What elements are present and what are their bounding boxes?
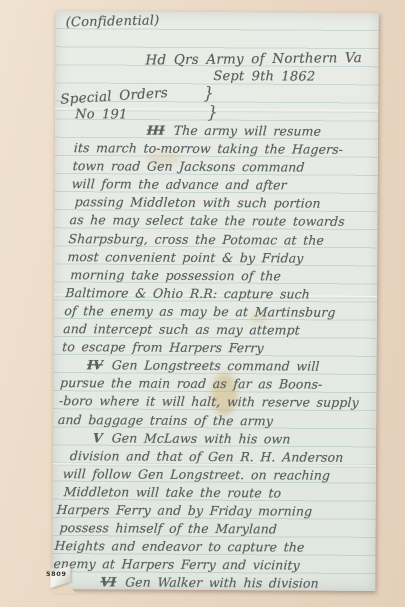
handwriting-line: will form the advance and after [71,175,384,195]
paragraph-numeral: IV [87,356,104,374]
handwriting-line: Sharpsburg, cross the Potomac at the [68,230,381,250]
line-text: of the enemy as may be at Martinsburg [64,303,336,320]
line-text: Sharpsburg, cross the Potomac at the [68,231,324,248]
handwriting-line: passing Middleton with such portion [74,194,383,214]
handwriting-line: VGen McLaws with his own [92,429,369,449]
line-text: Gen McLaws with his own [111,430,291,446]
handwriting-line: IIIThe army will resume [146,122,387,142]
special-orders-label: Special Orders [60,85,169,108]
handwritten-body: IIIThe army will resumeits march to-morr… [48,121,388,593]
line-text: Baltimore & Ohio R.R: capture such [65,285,310,301]
line-text: as he may select take the route towards [69,213,345,230]
line-text: Gen Walker with his division [125,575,319,591]
line-text: passing Middleton with such portion [74,195,321,211]
handwriting-line: Baltimore & Ohio R.R: capture such [65,284,378,304]
line-text: Middleton will take the route to [63,484,281,500]
photo-background: (Confidential) Hd Qrs Army of Northern V… [0,0,405,607]
line-text: -boro where it will halt, with reserve s… [59,393,360,410]
line-text: its march to-morrow taking the Hagers- [73,140,343,157]
handwriting-line: of the enemy as may be at Martinsburg [64,302,377,322]
line-text: Harpers Ferry and by Friday morning [56,502,312,519]
handwriting-line: Middleton will take the route to [63,483,366,503]
handwriting-line: its march to-morrow taking the Hagers- [73,139,386,159]
order-number: No 191 [75,107,127,122]
handwriting-line: and baggage trains of the army [57,411,370,431]
handwriting-line: morning take possession of the [70,266,379,286]
handwriting-line: most convenient point & by Friday [67,248,380,268]
line-text: morning take possession of the [70,267,281,283]
handwriting-line: pursue the main road as far as Boons- [60,374,373,394]
brace-mark: } [203,84,214,104]
handwriting-line: division and that of Gen R. H. Anderson [69,447,368,467]
line-text: possess himself of the Maryland [59,520,277,536]
handwriting-line: and intercept such as may attempt [63,320,376,340]
confidential-note: (Confidential) [66,13,160,30]
handwriting-line: enemy at Harpers Ferry and vicinity [53,555,362,575]
line-text: most convenient point & by Friday [67,249,304,265]
paragraph-numeral: III [146,122,165,140]
handwriting-line: will follow Gen Longstreet. on reaching [62,465,367,485]
handwriting-line: Heights and endeavor to capture the [54,537,363,557]
line-text: Heights and endeavor to capture the [54,538,305,555]
line-text: and baggage trains of the army [58,412,274,428]
line-text: to escape from Harpers Ferry [62,339,264,355]
document-paper: (Confidential) Hd Qrs Army of Northern V… [52,11,379,591]
heading-date: Sept 9th 1862 [213,69,315,85]
handwriting-line: Harpers Ferry and by Friday morning [56,501,365,521]
handwriting-line: VIGen Walker with his division [100,574,361,594]
paragraph-numeral: VI [100,574,117,592]
line-text: division and that of Gen R. H. Anderson [69,448,343,465]
handwriting-line: as he may select take the route towards [69,212,382,232]
handwriting-line: town road Gen Jacksons command [72,157,385,177]
brace-mark: } [207,103,218,123]
line-text: enemy at Harpers Ferry and vicinity [53,556,300,572]
handwriting-line: possess himself of the Maryland [59,519,364,539]
paragraph-numeral: V [92,429,103,447]
handwriting-line: IVGen Longstreets command will [87,356,374,376]
line-text: pursue the main road as far as Boons- [60,375,323,392]
line-text: and intercept such as may attempt [63,321,300,337]
line-text: The army will resume [173,123,321,139]
line-text: Gen Longstreets command will [111,358,319,374]
handwriting-line: -boro where it will halt, with reserve s… [58,392,371,412]
line-text: will form the advance and after [71,176,287,192]
handwriting-line: to escape from Harpers Ferry [62,338,375,358]
heading-headquarters: Hd Qrs Army of Northern Va [145,50,362,68]
line-text: will follow Gen Longstreet. on reaching [62,466,330,483]
catalog-number-stamp: 5809 [46,570,67,578]
line-text: town road Gen Jacksons command [72,158,305,174]
